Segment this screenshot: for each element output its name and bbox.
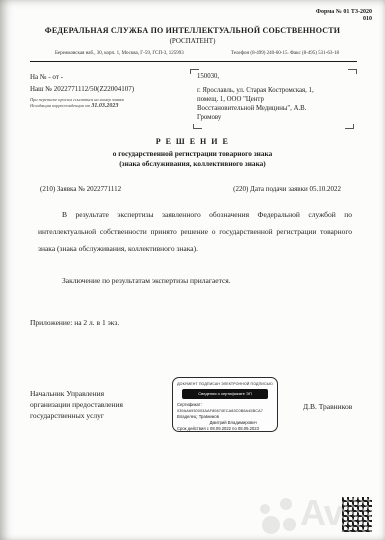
reference-block: На № - от - Наш № 2022771112/50(Z2200410… <box>30 73 195 110</box>
conclusion-paragraph: Заключение по результатам экспертизы при… <box>38 276 352 285</box>
outgoing-reference: Наш № 2022771112/50(Z22004107) <box>30 85 195 93</box>
title-main: Р Е Ш Е Н И Е <box>0 137 385 146</box>
avito-logo-circle-icon <box>262 516 280 534</box>
form-number: Форма № 01 ТЗ-2020 <box>262 9 372 16</box>
qr-code <box>342 497 372 532</box>
agency-phone: Телефон (8-499) 240-60-15. Факс (8-495) … <box>231 51 339 56</box>
electronic-signature-stamp: ДОКУМЕНТ ПОДПИСАН ЭЛЕКТРОННОЙ ПОДПИСЬЮ С… <box>172 377 278 432</box>
recipient-address-line: помещ. 1, ООО "Центр <box>197 95 351 104</box>
avito-logo-circle-icon <box>283 518 296 531</box>
signer-position-line2: организации предоставления <box>30 399 165 410</box>
recipient-address-line: Восстановительной Медицины", А.В. <box>197 104 351 113</box>
signer-position-line3: государственных услуг <box>30 410 165 421</box>
corner-mark-bottom-left <box>193 124 202 129</box>
avito-logo-circle-icon <box>280 498 292 510</box>
signer-position-line1: Начальник Управления <box>30 388 165 399</box>
title-sub2: (знака обслуживания, коллективного знака… <box>0 159 385 169</box>
corner-mark-top-left <box>190 69 199 74</box>
form-code: 010 <box>262 16 372 23</box>
title-sub1: о государственной регистрации товарного … <box>0 149 385 159</box>
agency-contact-line: Бережковская наб., 30, корп. 1, Москва, … <box>55 51 339 56</box>
signer-position: Начальник Управления организации предост… <box>30 388 165 421</box>
agency-name: ФЕДЕРАЛЬНАЯ СЛУЖБА ПО ИНТЕЛЛЕКТУАЛЬНОЙ С… <box>0 26 385 35</box>
header-divider <box>30 61 357 62</box>
recipient-address-line: Громову <box>197 113 351 122</box>
decision-paragraph: В результате экспертизы заявленного обоз… <box>38 206 352 257</box>
recipient-address-window: 150030, г. Ярославль, ул. Старая Костром… <box>190 69 357 129</box>
avito-logo-circle-icon <box>260 504 270 514</box>
document-photo: Форма № 01 ТЗ-2020 010 ФЕДЕРАЛЬНАЯ СЛУЖБ… <box>0 0 385 540</box>
form-reference: Форма № 01 ТЗ-2020 010 <box>262 9 372 23</box>
attachment-note: Приложение: на 2 л. в 1 экз. <box>30 318 119 327</box>
reference-note-line2: Исходящая корреспонденция от 31.03.2023 <box>30 103 195 109</box>
agency-address: Бережковская наб., 30, корп. 1, Москва, … <box>55 51 184 56</box>
corner-mark-top-right <box>348 69 357 74</box>
document-title: Р Е Ш Е Н И Е о государственной регистра… <box>0 137 385 169</box>
reference-note: При переписке просим ссылаться на номер … <box>30 97 195 110</box>
certificate-number: 039AA6930003AAF80874ECA83C0B6A45BCA7 <box>177 408 273 414</box>
signer-name: Д.В. Травников <box>303 402 352 411</box>
certificate-validity: Срок действия с 08.09.2022 по 08.09.2023 <box>177 426 273 432</box>
application-number: (210) Заявка № 2022771112 <box>40 185 121 193</box>
corner-mark-bottom-right <box>345 124 354 129</box>
incoming-reference: На № - от - <box>30 73 195 81</box>
stamp-header: ДОКУМЕНТ ПОДПИСАН ЭЛЕКТРОННОЙ ПОДПИСЬЮ <box>177 381 273 387</box>
outgoing-date: 31.03.2023 <box>91 103 118 109</box>
agency-short-name: (РОСПАТЕНТ) <box>0 37 385 45</box>
recipient-address-line: г. Ярославль, ул. Старая Костромская, 1, <box>197 86 351 95</box>
recipient-postal-code: 150030, <box>197 72 351 81</box>
application-date: (220) Дата подачи заявки 05.10.2022 <box>233 185 341 193</box>
application-info-row: (210) Заявка № 2022771112 (220) Дата под… <box>40 185 341 193</box>
certificate-info-badge: Сведения о сертификате ЭП <box>182 389 268 399</box>
